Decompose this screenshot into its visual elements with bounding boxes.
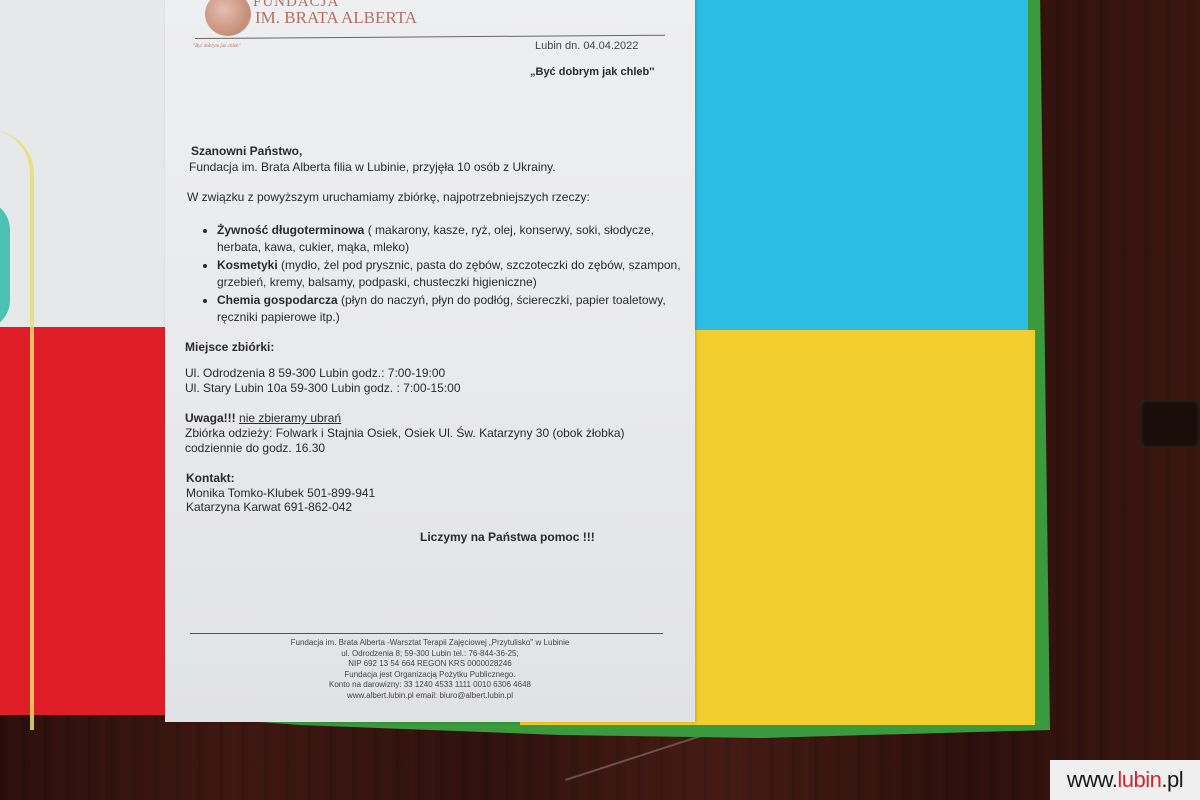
letter-date: Lubin dn. 04.04.2022 <box>535 40 638 52</box>
item-title: Kosmetyki <box>217 258 278 272</box>
contact-person-2: Katarzyna Karwat 691-862-042 <box>186 500 352 514</box>
list-item: Kosmetyki (mydło, żel pod prysznic, past… <box>217 257 687 291</box>
item-detail: (mydło, żel pod prysznic, pasta do zębów… <box>217 258 681 289</box>
watermark-brand: lubin <box>1117 767 1161 793</box>
location-heading: Miejsce zbiórki: <box>185 340 274 354</box>
location-address-1: Ul. Odrodzenia 8 59-300 Lubin godz.: 7:0… <box>185 366 445 380</box>
watermark-prefix: www. <box>1067 767 1118 793</box>
letter-document: FUNDACJA IM. BRATA ALBERTA "Być dobrym j… <box>165 0 695 722</box>
needed-items-list: Żywność długoterminowa ( makarony, kasze… <box>195 222 687 327</box>
contact-person-1: Monika Tomko-Klubek 501-899-941 <box>186 486 375 500</box>
location-address-2: Ul. Stary Lubin 10a 59-300 Lubin godz. :… <box>185 381 461 395</box>
list-item: Żywność długoterminowa ( makarony, kasze… <box>217 222 687 256</box>
footer-line: Konto na darowizny: 33 1240 4533 1111 00… <box>165 680 695 691</box>
yellow-ribbon <box>0 130 34 730</box>
list-item: Chemia gospodarcza (płyn do naczyń, płyn… <box>217 292 687 326</box>
site-watermark: www.lubin.pl <box>1050 760 1200 800</box>
clothes-collection-line2: codziennie do godz. 16.30 <box>185 441 325 455</box>
footer-line: Fundacja jest Organizacją Pożytku Public… <box>165 670 695 681</box>
footer-line: ul. Odrodzenia 8; 59-300 Lubin tel.: 76-… <box>165 649 695 660</box>
letter-footer: Fundacja im. Brata Alberta -Warsztat Ter… <box>165 638 695 701</box>
contact-heading: Kontakt: <box>186 471 235 485</box>
warning-label: Uwaga!!! <box>185 411 236 425</box>
footer-line: NIP 692 13 54 664 REGON KRS 0000028246 <box>165 659 695 670</box>
door-latch <box>1140 400 1200 448</box>
item-title: Chemia gospodarcza <box>217 293 338 307</box>
footer-line: Fundacja im. Brata Alberta -Warsztat Ter… <box>165 638 695 649</box>
item-title: Żywność długoterminowa <box>217 223 364 237</box>
foundation-logo-icon <box>205 0 251 36</box>
logo-motto: "Być dobrym jak chleb" <box>193 44 241 49</box>
logo-org-line2: IM. BRATA ALBERTA <box>255 8 417 28</box>
clothes-collection-line1: Zbiórka odzieży: Folwark i Stajnia Osiek… <box>185 426 625 440</box>
watermark-suffix: .pl <box>1161 767 1183 793</box>
warning-line: Uwaga!!! nie zbieramy ubrań <box>185 411 341 425</box>
greeting: Szanowni Państwo, <box>191 144 302 158</box>
footer-line: www.albert.lubin.pl email: biuro@albert.… <box>165 691 695 702</box>
warning-text: nie zbieramy ubrań <box>239 411 341 425</box>
closing-line: Liczymy na Państwa pomoc !!! <box>420 530 595 544</box>
footer-divider <box>190 633 663 634</box>
header-divider <box>195 35 665 39</box>
letter-motto: „Być dobrym jak chleb'' <box>530 66 654 78</box>
collection-paragraph: W związku z powyższym uruchamiamy zbiórk… <box>187 190 590 204</box>
intro-paragraph: Fundacja im. Brata Alberta filia w Lubin… <box>189 160 556 174</box>
